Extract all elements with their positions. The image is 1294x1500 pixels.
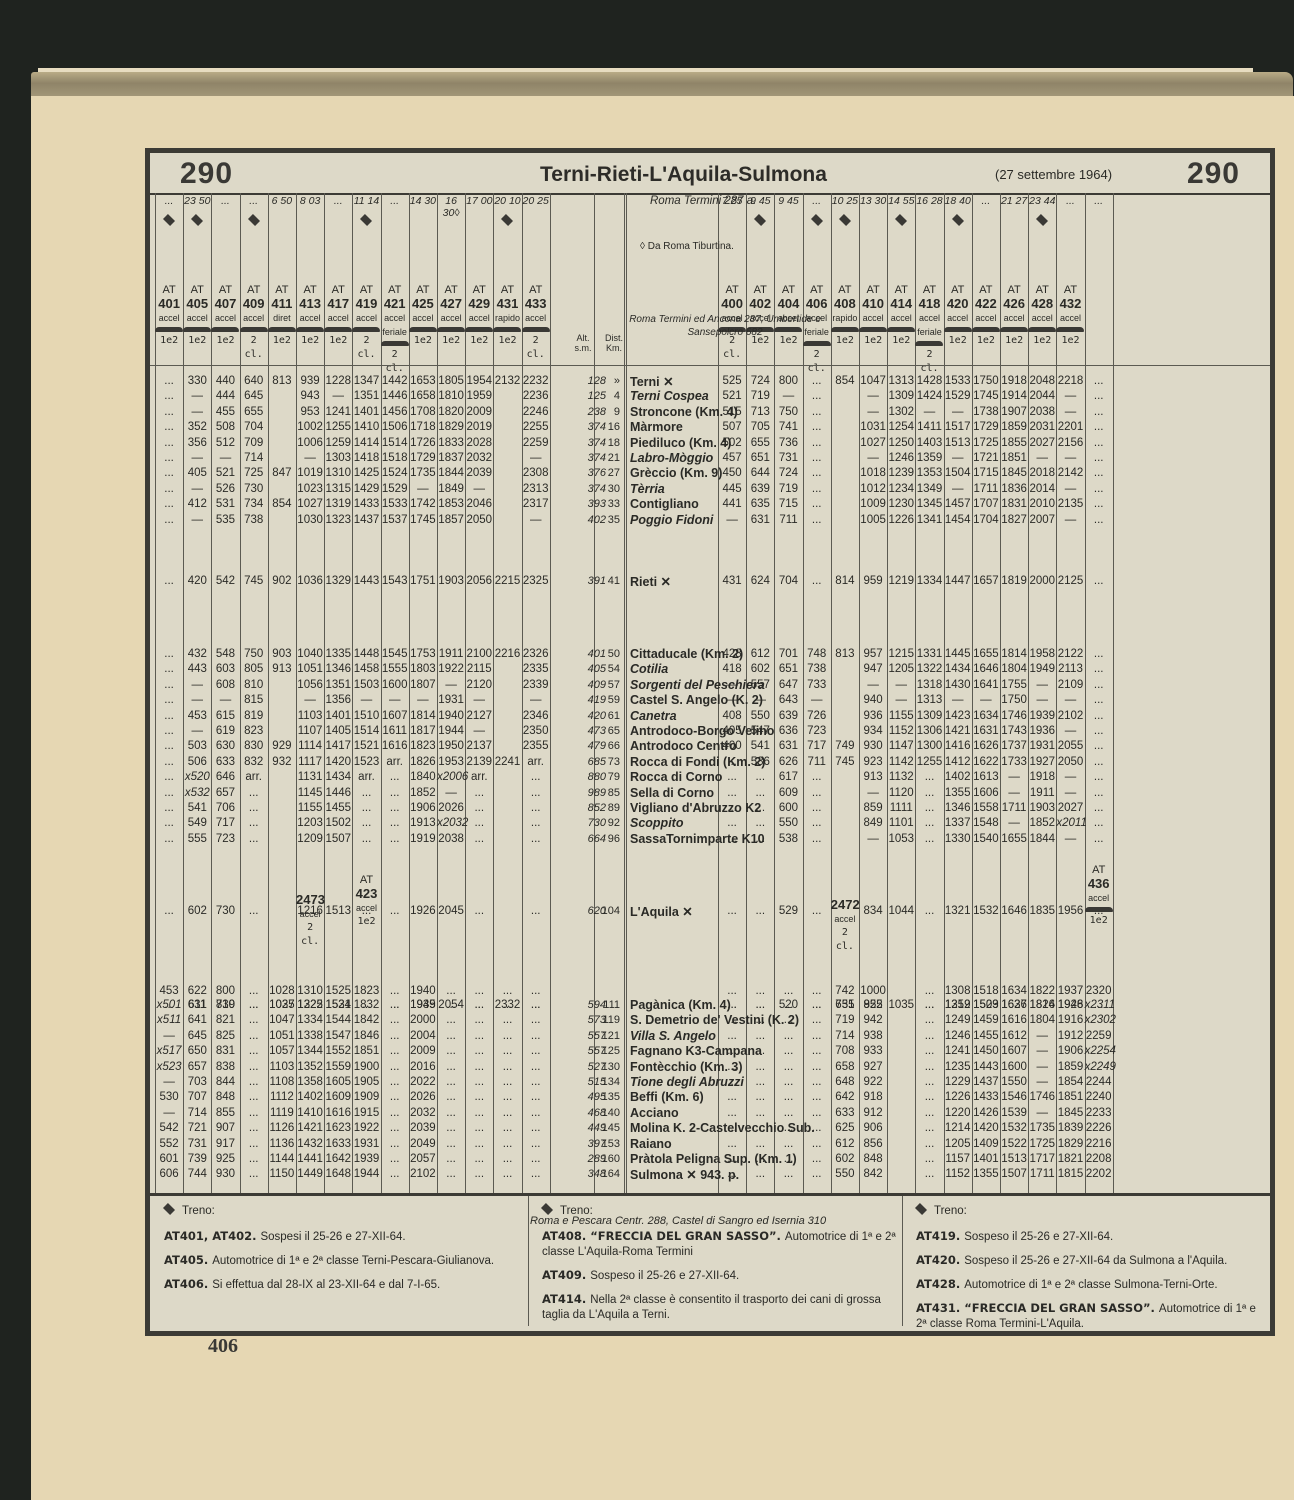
- diamond-icon: [754, 214, 766, 226]
- down-time-cell: ...: [381, 1076, 409, 1088]
- station-km: 119: [590, 1014, 620, 1026]
- down-time-cell: 615: [211, 710, 239, 722]
- down-time-cell: 1510: [352, 710, 380, 722]
- up-time-cell: —: [859, 833, 887, 845]
- down-time-cell: 1402: [296, 1091, 324, 1103]
- up-time-cell: ...: [718, 1153, 746, 1165]
- up-time-cell: 1445: [944, 648, 972, 660]
- down-time-cell: 745: [240, 575, 268, 587]
- up-time-cell: 723: [803, 725, 831, 737]
- up-time-cell: 1735: [1028, 1122, 1056, 1134]
- down-time-cell: 939: [296, 375, 324, 387]
- down-time-cell: 2313: [522, 483, 550, 495]
- down-time-cell: 1605: [324, 1076, 352, 1088]
- up-time-cell: 1912: [1056, 1030, 1084, 1042]
- up-time-cell: ...: [803, 1107, 831, 1119]
- down-time-cell: 2039: [409, 1122, 437, 1134]
- up-time-cell: ...: [1085, 817, 1113, 829]
- down-time-cell: x2032: [437, 817, 465, 829]
- up-time-cell: —: [859, 452, 887, 464]
- down-time-cell: 1434: [324, 771, 352, 783]
- up-time-cell: 2208: [1085, 1153, 1113, 1165]
- up-time-cell: 1607: [1000, 1045, 1028, 1057]
- up-time-cell: 1235: [944, 1061, 972, 1073]
- station-name[interactable]: Terni ✕: [630, 374, 674, 389]
- up-time-cell: 1641: [972, 679, 1000, 691]
- train-class: 2 cl.: [240, 334, 268, 362]
- down-time-cell: 1421: [296, 1122, 324, 1134]
- down-time-cell: 1446: [324, 787, 352, 799]
- down-time-cell: 548: [211, 648, 239, 660]
- up-time-cell: 1031: [859, 421, 887, 433]
- down-time: 14 30: [409, 195, 437, 207]
- down-time-cell: 2115: [465, 663, 493, 675]
- up-time-cell: 1852: [1028, 817, 1056, 829]
- note-code: AT408. “FRECCIA DEL GRAN SASSO”.: [542, 1229, 785, 1243]
- station-km: 134: [590, 1076, 620, 1088]
- station-name[interactable]: Piediluco (Km. 4): [630, 436, 731, 450]
- down-time-cell: —: [296, 452, 324, 464]
- down-time-cell: 1425: [352, 467, 380, 479]
- column-rule: [550, 193, 551, 1193]
- down-time-cell: —: [155, 1030, 183, 1042]
- down-time-cell: 1534: [324, 999, 352, 1011]
- down-time-cell: 1708: [409, 406, 437, 418]
- up-time-cell: 1443: [972, 1061, 1000, 1073]
- up-time-cell: ...: [803, 1030, 831, 1042]
- station-name[interactable]: Villa S. Angelo: [630, 1029, 716, 1043]
- up-time-cell: ...: [718, 985, 746, 997]
- down-time-cell: 1405: [324, 725, 352, 737]
- railcar-icon: [944, 327, 972, 332]
- down-time-cell: 1145: [296, 787, 324, 799]
- down-time-cell: ...: [465, 817, 493, 829]
- down-time-cell: ...: [493, 1045, 521, 1057]
- up-time-cell: —: [944, 452, 972, 464]
- down-time-cell: 1521: [352, 740, 380, 752]
- station-name[interactable]: Terni Cospea: [630, 389, 709, 403]
- down-time-cell: 2004: [409, 1030, 437, 1042]
- up-time-cell: ...: [803, 1168, 831, 1180]
- up-time-cell: 428: [718, 648, 746, 660]
- down-time-cell: 1817: [409, 725, 437, 737]
- note-code: AT428.: [916, 1277, 964, 1291]
- station-km: 104: [590, 905, 620, 917]
- station-km: 66: [590, 740, 620, 752]
- station-km: 92: [590, 817, 620, 829]
- station-name[interactable]: Màrmore: [630, 420, 683, 434]
- up-time-cell: 1345: [915, 498, 943, 510]
- down-time-cell: 1842: [352, 1014, 380, 1026]
- down-time-cell: 1036: [296, 575, 324, 587]
- down-time-cell: 1846: [352, 1030, 380, 1042]
- down-time-cell: ...: [240, 833, 268, 845]
- up-time-cell: 2202: [1085, 1168, 1113, 1180]
- train-prefix: AT: [782, 284, 795, 296]
- down-time-cell: 1853: [437, 498, 465, 510]
- train-number: 406: [803, 297, 831, 311]
- up-time-cell: 813: [831, 648, 859, 660]
- train-class: 1e2: [1028, 334, 1056, 348]
- up-time-cell: ...: [915, 802, 943, 814]
- up-time-cell: 1421: [944, 725, 972, 737]
- notes-heading-text: Treno:: [560, 1205, 593, 1217]
- down-time-cell: ...: [522, 1045, 550, 1057]
- down-time-cell: ...: [493, 1061, 521, 1073]
- up-time-cell: —: [1028, 1107, 1056, 1119]
- train-prefix: AT: [1064, 284, 1077, 296]
- down-time-cell: —: [183, 679, 211, 691]
- up-time-cell: —: [718, 679, 746, 691]
- up-time-cell: 1142: [887, 756, 915, 768]
- down-time-cell: 2050: [465, 514, 493, 526]
- down-train-header: AT419accel2 cl.: [352, 283, 380, 362]
- up-time-cell: 1827: [1000, 514, 1028, 526]
- up-time-cell: ...: [803, 406, 831, 418]
- down-time-cell: 2246: [522, 406, 550, 418]
- up-time-cell: 1337: [944, 817, 972, 829]
- down-time-cell: 1107: [296, 725, 324, 737]
- up-time-cell: ...: [746, 1045, 774, 1057]
- station-km: 21: [590, 452, 620, 464]
- table-number-left: 290: [180, 157, 233, 191]
- up-time-cell: ...: [774, 999, 802, 1011]
- up-time-cell: 1804: [1000, 663, 1028, 675]
- note-text: Si effettua dal 28-IX al 23-XII-64 e dal…: [212, 1279, 440, 1291]
- down-time-cell: 1303: [324, 452, 352, 464]
- down-time-cell: 1823: [352, 985, 380, 997]
- railcar-icon: [887, 327, 915, 332]
- up-time-cell: 1454: [944, 514, 972, 526]
- down-time-cell: ...: [381, 905, 409, 917]
- up-time-cell: 731: [831, 999, 859, 1011]
- down-time-cell: 903: [268, 648, 296, 660]
- station-km: 111: [590, 999, 620, 1011]
- note-item: AT408. “FRECCIA DEL GRAN SASSO”. Automot…: [542, 1229, 902, 1260]
- train-class: 1e2: [296, 334, 324, 348]
- train-prefix: AT: [247, 284, 260, 296]
- up-time-cell: —: [859, 679, 887, 691]
- down-time-cell: 810: [240, 679, 268, 691]
- up-time-cell: 1949: [1028, 663, 1056, 675]
- up-time-cell: 1704: [972, 514, 1000, 526]
- up-time-cell: 1533: [944, 375, 972, 387]
- station-km: 54: [590, 663, 620, 675]
- up-time-cell: ...: [746, 1122, 774, 1134]
- down-time-cell: ...: [155, 575, 183, 587]
- down-time-cell: 1507: [324, 833, 352, 845]
- up-time-cell: 1738: [972, 406, 1000, 418]
- station-km: 145: [590, 1122, 620, 1134]
- down-time-cell: 847: [268, 467, 296, 479]
- down-time-cell: 953: [296, 406, 324, 418]
- station-name[interactable]: Tèrria: [630, 482, 665, 496]
- up-time-cell: ...: [915, 1138, 943, 1150]
- down-time-cell: 2350: [522, 725, 550, 737]
- down-time-cell: 930: [211, 1168, 239, 1180]
- down-time-cell: ...: [381, 985, 409, 997]
- down-time-cell: 929: [268, 740, 296, 752]
- train-prefix: AT: [275, 284, 288, 296]
- down-time-cell: 1633: [324, 1138, 352, 1150]
- station-name[interactable]: Sella di Corno: [630, 786, 714, 800]
- down-time-cell: 1446: [381, 390, 409, 402]
- down-time-cell: ...: [155, 406, 183, 418]
- up-time-cell: 1746: [1028, 1091, 1056, 1103]
- down-train-header: AT405accel1e2: [183, 283, 211, 348]
- up-time-cell: ...: [803, 802, 831, 814]
- down-time-cell: 1751: [409, 575, 437, 587]
- up-time-cell: 957: [859, 648, 887, 660]
- up-time-cell: ...: [803, 1014, 831, 1026]
- up-time-cell: ...: [915, 985, 943, 997]
- train-number: 2473: [296, 893, 324, 907]
- station-km: 96: [590, 833, 620, 845]
- up-time-cell: 2038: [1028, 406, 1056, 418]
- station-name[interactable]: Labro-Mòggio: [630, 451, 713, 465]
- station-name[interactable]: Raiano: [630, 1137, 672, 1151]
- diamond-icon: [915, 1203, 927, 1215]
- up-time-cell: 1529: [944, 390, 972, 402]
- up-time-cell: ...: [718, 1061, 746, 1073]
- down-time-cell: 917: [211, 1138, 239, 1150]
- railcar-icon: [1028, 327, 1056, 332]
- down-time-cell: 1911: [437, 648, 465, 660]
- down-time-cell: 444: [211, 390, 239, 402]
- up-time-cell: ...: [746, 802, 774, 814]
- up-time-cell: 1334: [915, 575, 943, 587]
- train-number: 423: [352, 887, 380, 901]
- train-type: accel: [1028, 311, 1056, 325]
- station-name[interactable]: Beffi (Km. 6): [630, 1090, 704, 1104]
- up-time-cell: 1814: [1000, 648, 1028, 660]
- train-class: 2 cl.: [381, 348, 409, 376]
- down-time-cell: 1525: [324, 985, 352, 997]
- up-time-cell: 1616: [1000, 1014, 1028, 1026]
- up-time-cell: 736: [774, 437, 802, 449]
- down-time-cell: 1514: [381, 437, 409, 449]
- down-time-cell: —: [352, 694, 380, 706]
- up-time-cell: 1152: [944, 1168, 972, 1180]
- up-time-cell: 1844: [1028, 833, 1056, 845]
- down-time-cell: 1852: [409, 787, 437, 799]
- up-time-cell: ...: [746, 905, 774, 917]
- station-name[interactable]: Pagànica (Km. 4): [630, 998, 731, 1012]
- station-name[interactable]: L'Aquila ✕: [630, 904, 693, 919]
- up-time-cell: 1255: [915, 756, 943, 768]
- down-time-cell: 1906: [409, 802, 437, 814]
- note-code: AT414.: [542, 1292, 590, 1306]
- station-km: 140: [590, 1107, 620, 1119]
- down-time-cell: ...: [381, 802, 409, 814]
- down-time-cell: 1950: [437, 740, 465, 752]
- station-km: 85: [590, 787, 620, 799]
- up-time-cell: ...: [915, 1076, 943, 1088]
- up-time-cell: 2109: [1056, 679, 1084, 691]
- up-time-cell: 923: [859, 756, 887, 768]
- station-name[interactable]: Poggio Fidoni: [630, 513, 713, 527]
- up-time-cell: 927: [859, 1061, 887, 1073]
- down-time-cell: 739: [183, 1153, 211, 1165]
- up-time-cell: ...: [803, 1091, 831, 1103]
- up-time-cell: 1646: [1000, 905, 1028, 917]
- station-km: 30: [590, 483, 620, 495]
- up-time-cell: —: [1028, 694, 1056, 706]
- railcar-icon: [409, 327, 437, 332]
- down-time-cell: 2308: [522, 467, 550, 479]
- up-time: ...: [1056, 195, 1084, 207]
- down-time-cell: ...: [522, 1030, 550, 1042]
- up-time-cell: 2044: [1028, 390, 1056, 402]
- up-time-cell: ...: [1085, 833, 1113, 845]
- up-train-header: AT432accel1e2: [1056, 283, 1084, 348]
- down-time-cell: 1616: [381, 740, 409, 752]
- up-time-cell: 1626: [1000, 999, 1028, 1011]
- train-prefix: AT: [838, 284, 851, 296]
- notes-column: Treno:AT401, AT402. Sospesi il 25-26 e 2…: [164, 1204, 524, 1301]
- up-time-cell: ...: [774, 1014, 802, 1026]
- train-number: 417: [324, 297, 352, 311]
- up-time-cell: ...: [746, 1138, 774, 1150]
- up-time-cell: ...: [1085, 452, 1113, 464]
- station-name[interactable]: Scoppito: [630, 816, 683, 830]
- up-time-cell: —: [1056, 833, 1084, 845]
- note-text: Automotrice di 1ª e 2ª classe Terni-Pesc…: [212, 1255, 494, 1267]
- up-time-cell: 538: [774, 833, 802, 845]
- up-time-cell: 1851: [1056, 1091, 1084, 1103]
- up-time-cell: 1755: [1000, 679, 1028, 691]
- station-km: 153: [590, 1138, 620, 1150]
- up-time-cell: ...: [746, 1107, 774, 1119]
- up-time-cell: 1815: [1056, 1168, 1084, 1180]
- up-time-cell: 1409: [972, 1138, 1000, 1150]
- down-time-cell: —: [183, 390, 211, 402]
- down-time-cell: 744: [183, 1168, 211, 1180]
- down-time-cell: ...: [352, 817, 380, 829]
- station-name[interactable]: Cotilia: [630, 662, 668, 676]
- up-time-cell: ...: [1085, 756, 1113, 768]
- up-time: 18 40: [944, 195, 972, 207]
- note-text: Sospeso il 25-26 e 27-XII-64.: [590, 1270, 739, 1282]
- station-name[interactable]: Acciano: [630, 1106, 679, 1120]
- down-time-cell: 1607: [381, 710, 409, 722]
- train-prefix: AT: [162, 284, 175, 296]
- train-number: 428: [1028, 297, 1056, 311]
- up-time-cell: —: [1000, 817, 1028, 829]
- down-time-cell: 1959: [465, 390, 493, 402]
- up-time-cell: 947: [859, 663, 887, 675]
- up-time-cell: ...: [746, 1168, 774, 1180]
- down-time-cell: 1310: [296, 985, 324, 997]
- up-time-cell: —: [915, 406, 943, 418]
- train-number: 419: [352, 297, 380, 311]
- down-time-cell: ...: [465, 802, 493, 814]
- up-time-cell: 507: [718, 421, 746, 433]
- up-time-cell: 1859: [1056, 1061, 1084, 1073]
- up-time-cell: 731: [774, 452, 802, 464]
- note-text: Sospesi il 25-26 e 27-XII-64.: [260, 1231, 405, 1243]
- station-name[interactable]: Rieti ✕: [630, 574, 671, 589]
- down-time-cell: 521: [211, 467, 239, 479]
- down-time: 6 50: [268, 195, 296, 207]
- down-time-cell: 2339: [522, 679, 550, 691]
- up-time-cell: ...: [718, 1014, 746, 1026]
- up-time-cell: ...: [915, 771, 943, 783]
- up-time-cell: 1313: [887, 375, 915, 387]
- up-time-cell: 1321: [944, 905, 972, 917]
- down-time-cell: 2056: [465, 575, 493, 587]
- up-time-cell: 1423: [944, 710, 972, 722]
- note-item: AT420. Sospeso il 25-26 e 27-XII-64 da S…: [916, 1253, 1266, 1269]
- up-time-cell: 1241: [944, 1045, 972, 1057]
- up-time: 13 30: [859, 195, 887, 207]
- down-time-cell: ...: [493, 1168, 521, 1180]
- up-time-cell: 859: [859, 802, 887, 814]
- up-time-cell: ...: [718, 1076, 746, 1088]
- down-time-cell: —: [183, 694, 211, 706]
- train-class: 1e2: [831, 334, 859, 348]
- down-time-cell: 2019: [465, 421, 493, 433]
- down-time-cell: ...: [522, 1014, 550, 1026]
- up-time-cell: 1613: [972, 771, 1000, 783]
- railcar-icon: [1000, 327, 1028, 332]
- up-time: 23 44: [1028, 195, 1056, 207]
- train-number: 400: [718, 297, 746, 311]
- down-time-cell: 619: [211, 725, 239, 737]
- up-time-cell: 2201: [1056, 421, 1084, 433]
- railcar-icon: [915, 341, 943, 346]
- station-name[interactable]: Canetra: [630, 709, 677, 723]
- train-number: 405: [183, 297, 211, 311]
- up-time-cell: 521: [718, 390, 746, 402]
- down-time-cell: ...: [522, 905, 550, 917]
- up-time-cell: —: [1028, 679, 1056, 691]
- train-prefix: AT: [191, 284, 204, 296]
- dist-label: Dist. Km.: [602, 333, 626, 353]
- up-time-cell: 1606: [972, 787, 1000, 799]
- up-time-cell: 719: [746, 390, 774, 402]
- station-km: »: [590, 375, 620, 387]
- diamond-icon: [163, 214, 175, 226]
- up-time-cell: ...: [915, 1061, 943, 1073]
- up-time-cell: 1916: [1056, 1014, 1084, 1026]
- up-time-cell: ...: [803, 1076, 831, 1088]
- up-time-cell: 1911: [1028, 787, 1056, 799]
- down-time-cell: ...: [155, 710, 183, 722]
- up-time-cell: 1308: [944, 985, 972, 997]
- station-name[interactable]: Contigliano: [630, 497, 699, 511]
- down-time-cell: 815: [240, 694, 268, 706]
- train-prefix: AT: [725, 284, 738, 296]
- up-time-cell: 1854: [1056, 1076, 1084, 1088]
- down-time-cell: 943: [296, 390, 324, 402]
- down-time-cell: 531: [211, 498, 239, 510]
- down-time-cell: 1547: [324, 1030, 352, 1042]
- down-time-cell: ...: [465, 1045, 493, 1057]
- up-time-cell: 1035: [887, 999, 915, 1011]
- station-name[interactable]: Rocca di Corno: [630, 770, 722, 784]
- train-type: accel: [944, 311, 972, 325]
- up-time-cell: ...: [718, 802, 746, 814]
- down-time-cell: 1851: [352, 1045, 380, 1057]
- station-name[interactable]: Grèccio (Km. 9): [630, 466, 722, 480]
- down-time-cell: 1203: [296, 817, 324, 829]
- station-km: 59: [590, 694, 620, 706]
- down-time-cell: 2355: [522, 740, 550, 752]
- down-time-cell: x532: [183, 787, 211, 799]
- down-time-cell: 1119: [268, 1107, 296, 1119]
- station-km: 9: [590, 406, 620, 418]
